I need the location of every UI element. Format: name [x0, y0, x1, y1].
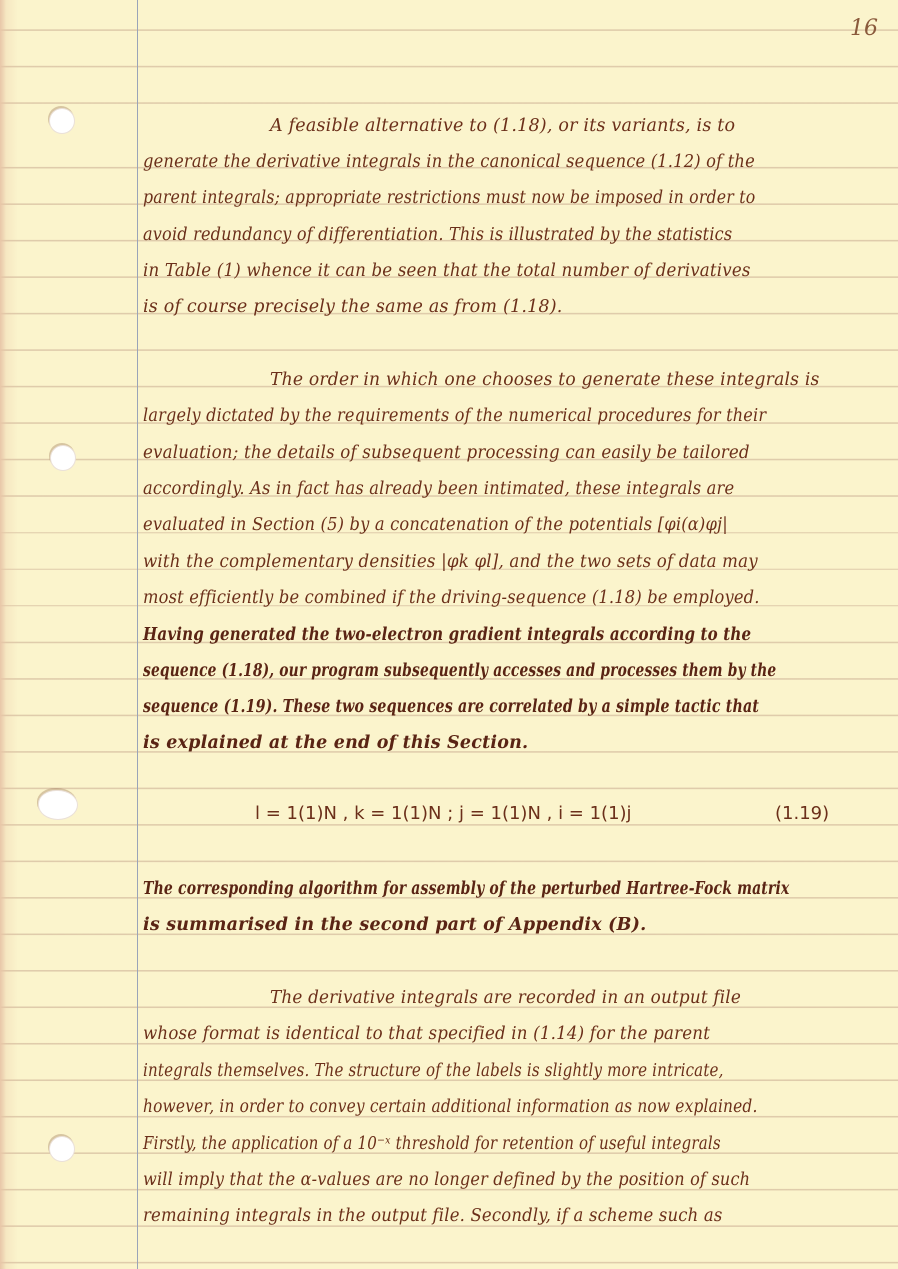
text-line: Having generated the two-electron gradie… — [143, 625, 751, 645]
text-line: evaluation; the details of subsequent pr… — [143, 443, 750, 463]
text-line: The order in which one chooses to genera… — [270, 370, 820, 390]
text-line: whose format is identical to that specif… — [143, 1024, 710, 1044]
text-line: with the complementary densities |φk φl]… — [143, 552, 758, 572]
text-line: largely dictated by the requirements of … — [143, 406, 766, 426]
text-line: however, in order to convey certain addi… — [143, 1097, 758, 1117]
torn-punch-hole-icon — [38, 790, 78, 820]
text-line: sequence (1.19). These two sequences are… — [143, 697, 759, 717]
text-line: will imply that the α-values are no long… — [143, 1170, 750, 1190]
punch-hole-icon — [49, 1136, 75, 1162]
text-line: A feasible alternative to (1.18), or its… — [270, 116, 735, 136]
text-line: generate the derivative integrals in the… — [143, 152, 755, 172]
punch-hole-icon — [49, 108, 75, 134]
text-line: is of course precisely the same as from … — [143, 297, 563, 317]
text-line: is summarised in the second part of Appe… — [143, 915, 646, 935]
text-line: in Table (1) whence it can be seen that … — [143, 261, 751, 281]
text-line: parent integrals; appropriate restrictio… — [143, 188, 755, 208]
page-edge-shading — [0, 0, 6, 1269]
equation: l = 1(1)N , k = 1(1)N ; j = 1(1)N , i = … — [255, 803, 632, 824]
punch-hole-icon — [50, 445, 76, 471]
text-line: The derivative integrals are recorded in… — [270, 988, 741, 1008]
page-number: 16 — [850, 16, 878, 41]
text-line: most efficiently be combined if the driv… — [143, 588, 760, 608]
text-line: evaluated in Section (5) by a concatenat… — [143, 515, 728, 535]
text-line: Firstly, the application of a 10⁻ˣ thres… — [143, 1134, 721, 1154]
text-line: integrals themselves. The structure of t… — [143, 1061, 724, 1081]
margin-line — [137, 0, 138, 1269]
notebook-page: 16 A feasible alternative to (1.18), or … — [0, 0, 898, 1269]
text-line: remaining integrals in the output file. … — [143, 1206, 722, 1226]
text-line: sequence (1.18), our program subsequentl… — [143, 661, 776, 681]
text-line: avoid redundancy of differentiation. Thi… — [143, 225, 732, 245]
equation-number: (1.19) — [775, 803, 829, 824]
text-line: The corresponding algorithm for assembly… — [143, 879, 789, 899]
text-line: is explained at the end of this Section. — [143, 733, 528, 753]
text-line: accordingly. As in fact has already been… — [143, 479, 734, 499]
